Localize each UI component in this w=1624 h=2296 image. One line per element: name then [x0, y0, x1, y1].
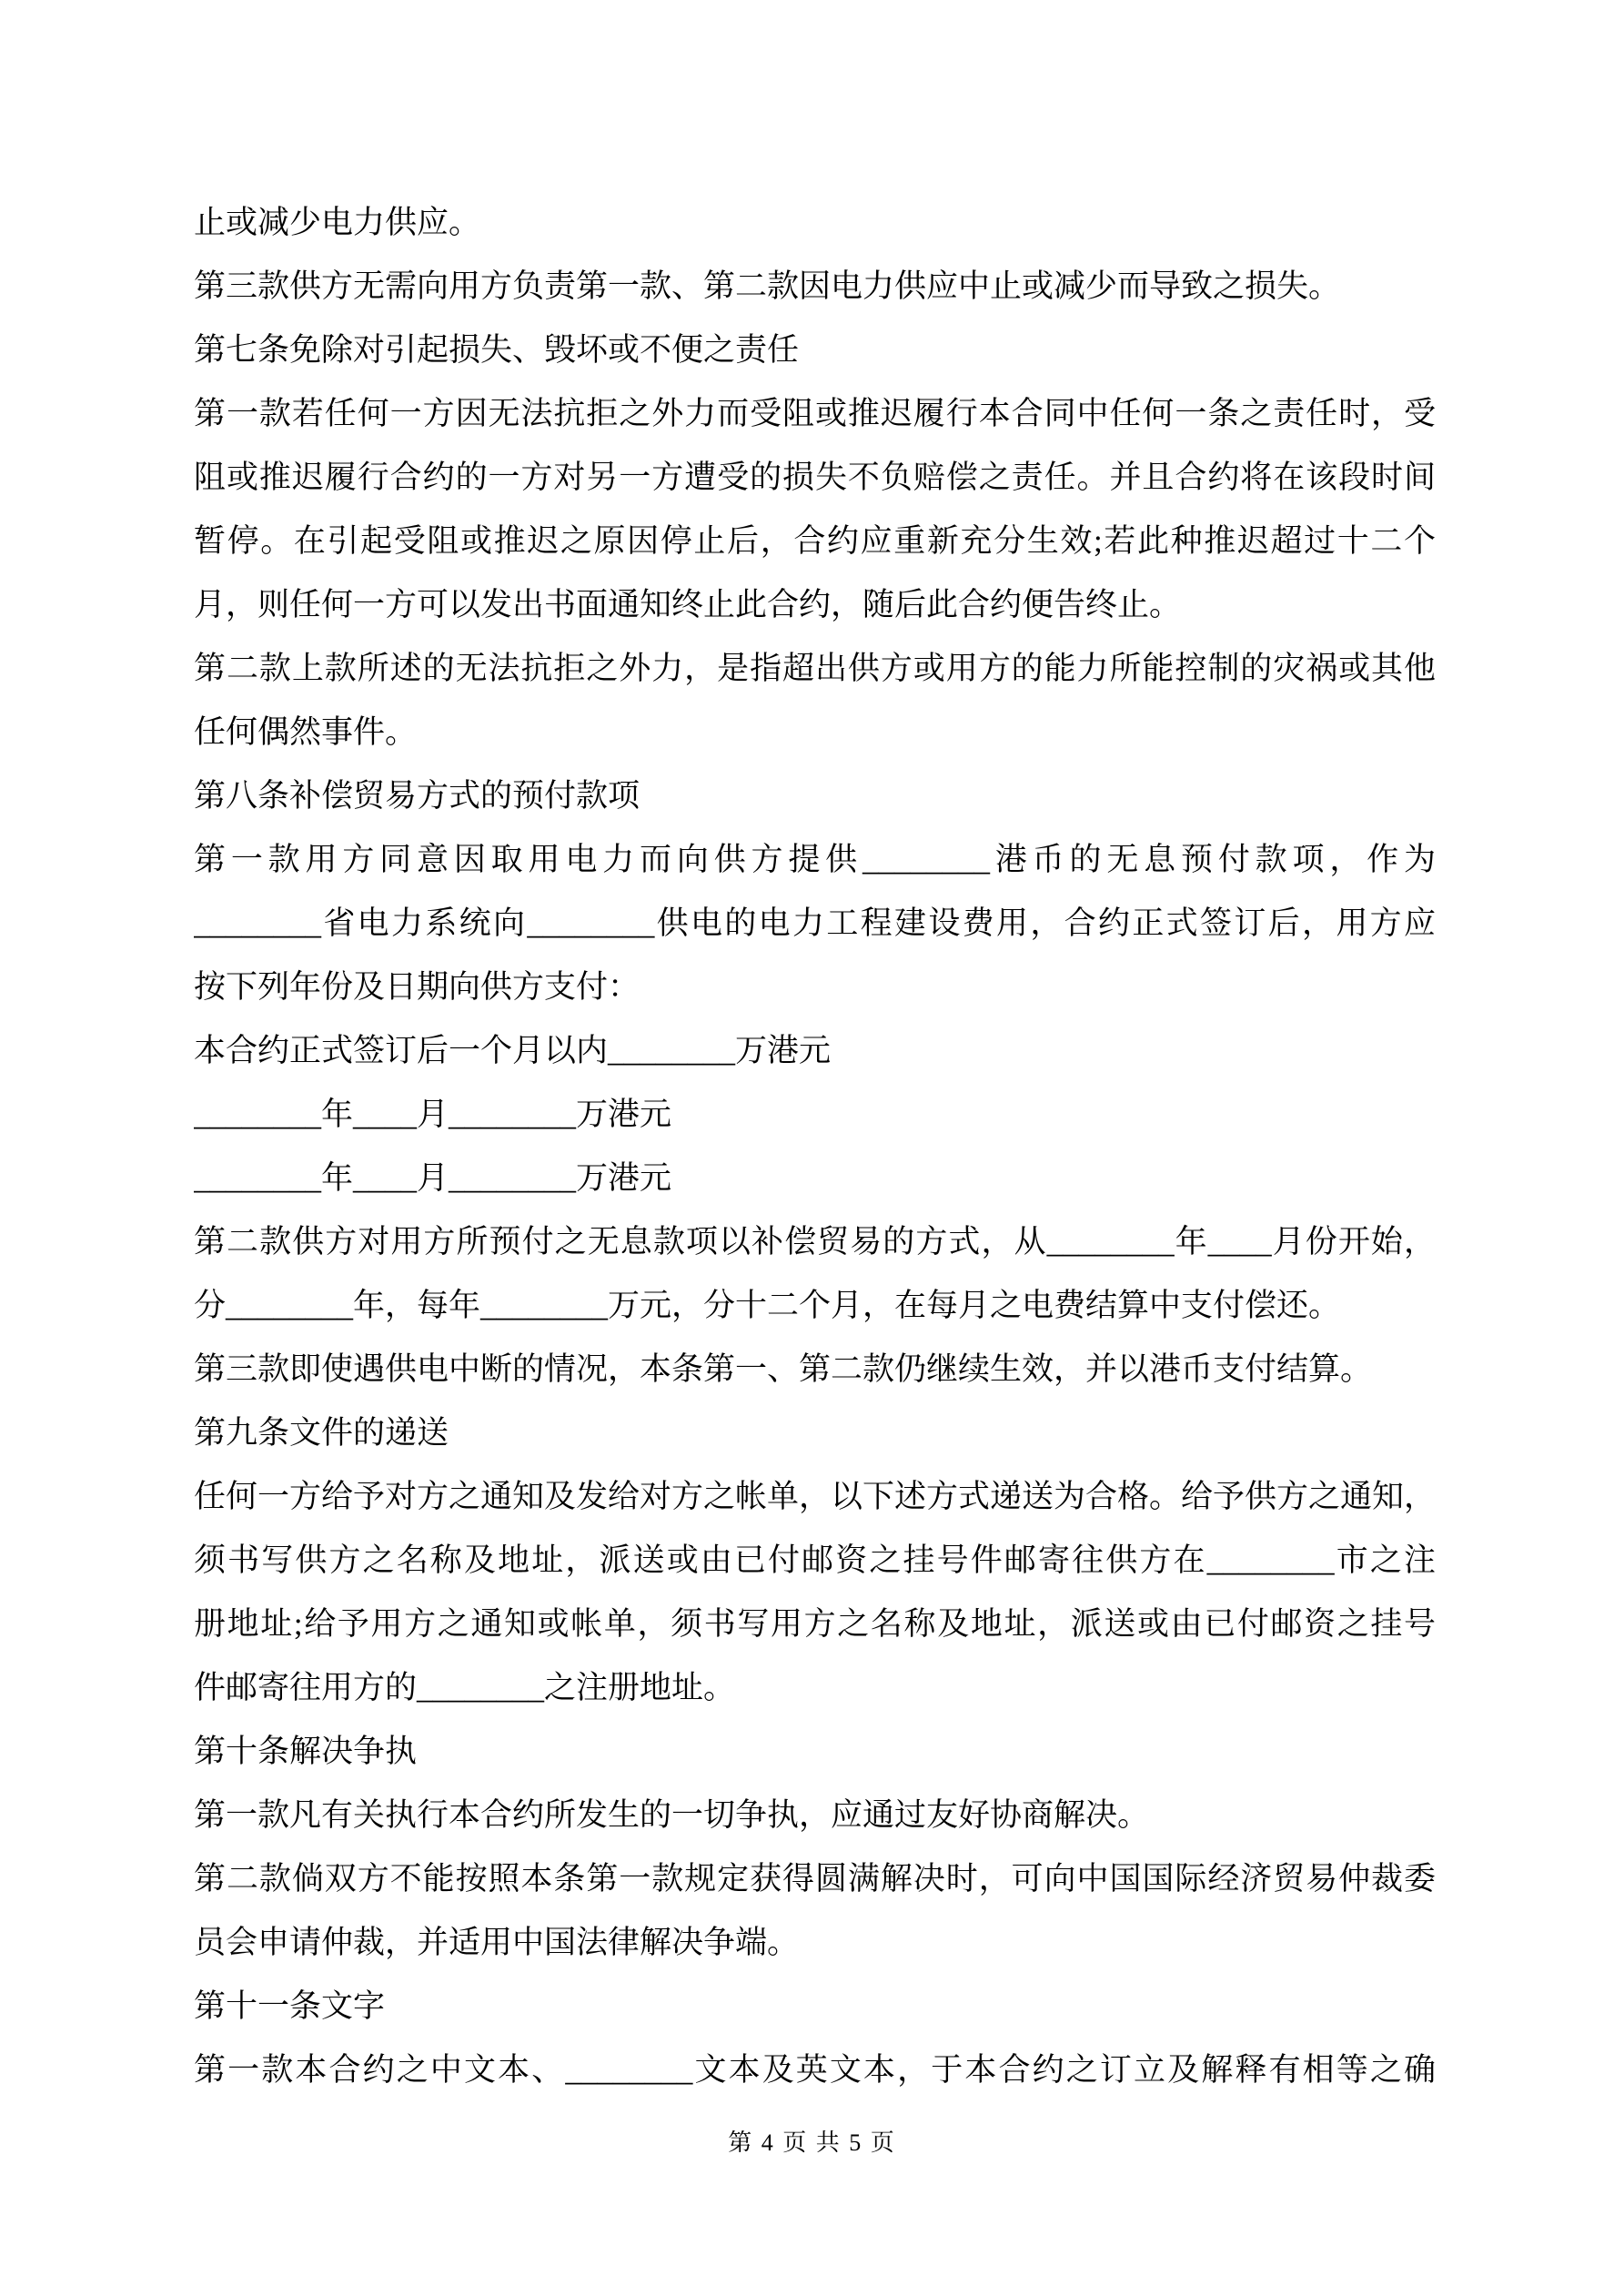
- paragraph: 第九条文件的递送: [194, 1401, 1436, 1465]
- text-line: 第三款供方无需向用方负责第一款、第二款因电力供应中止或减少而导致之损失。: [194, 255, 1436, 319]
- text-line: 第一款若任何一方因无法抗拒之外力而受阻或推迟履行本合同中任何一条之责任时，受: [194, 382, 1436, 446]
- text-line: 本合约正式签订后一个月以内________万港元: [194, 1019, 1436, 1083]
- text-line: 第二款供方对用方所预付之无息款项以补偿贸易的方式，从________年____月…: [194, 1210, 1436, 1274]
- text-line: 第十一条文字: [194, 1975, 1436, 2038]
- contract-body: 止或减少电力供应。第三款供方无需向用方负责第一款、第二款因电力供应中止或减少而导…: [194, 191, 1436, 2102]
- paragraph: 第三款供方无需向用方负责第一款、第二款因电力供应中止或减少而导致之损失。: [194, 255, 1436, 319]
- document-page: { "document": { "language": "zh", "parag…: [0, 0, 1624, 2296]
- paragraph: 第一款本合约之中文本、________文本及英文本，于本合约之订立及解释有相等之…: [194, 2038, 1436, 2102]
- paragraph: 止或减少电力供应。: [194, 191, 1436, 255]
- paragraph: 本合约正式签订后一个月以内________万港元: [194, 1019, 1436, 1083]
- paragraph: 第七条免除对引起损失、毁坏或不便之责任: [194, 319, 1436, 382]
- text-line: 第二款倘双方不能按照本条第一款规定获得圆满解决时，可向中国国际经济贸易仲裁委: [194, 1847, 1436, 1911]
- paragraph: ________年____月________万港元: [194, 1083, 1436, 1147]
- text-line: 第七条免除对引起损失、毁坏或不便之责任: [194, 319, 1436, 382]
- text-line: 任何偶然事件。: [194, 701, 1436, 764]
- paragraph: 第十一条文字: [194, 1975, 1436, 2038]
- text-line: 第二款上款所述的无法抗拒之外力，是指超出供方或用方的能力所能控制的灾祸或其他: [194, 637, 1436, 701]
- paragraph: 第二款供方对用方所预付之无息款项以补偿贸易的方式，从________年____月…: [194, 1210, 1436, 1338]
- text-line: 分________年，每年________万元，分十二个月，在每月之电费结算中支…: [194, 1274, 1436, 1338]
- text-line: 第三款即使遇供电中断的情况，本条第一、第二款仍继续生效，并以港币支付结算。: [194, 1338, 1436, 1401]
- text-line: 须书写供方之名称及地址，派送或由已付邮资之挂号件邮寄往供方在________市之…: [194, 1529, 1436, 1593]
- text-line: ________省电力系统向________供电的电力工程建设费用，合约正式签订…: [194, 892, 1436, 956]
- page-number: 第 4 页 共 5 页: [0, 2120, 1624, 2166]
- text-line: 件邮寄往用方的________之注册地址。: [194, 1656, 1436, 1720]
- text-line: 员会申请仲裁，并适用中国法律解决争端。: [194, 1911, 1436, 1975]
- paragraph: 第二款上款所述的无法抗拒之外力，是指超出供方或用方的能力所能控制的灾祸或其他任何…: [194, 637, 1436, 764]
- text-line: 阻或推迟履行合约的一方对另一方遭受的损失不负赔偿之责任。并且合约将在该段时间: [194, 446, 1436, 510]
- text-line: 暂停。在引起受阻或推迟之原因停止后，合约应重新充分生效;若此种推迟超过十二个: [194, 510, 1436, 573]
- text-line: 第一款本合约之中文本、________文本及英文本，于本合约之订立及解释有相等之…: [194, 2038, 1436, 2102]
- text-line: 第十条解决争执: [194, 1720, 1436, 1784]
- paragraph: 第一款若任何一方因无法抗拒之外力而受阻或推迟履行本合同中任何一条之责任时，受阻或…: [194, 382, 1436, 637]
- text-line: 第一款凡有关执行本合约所发生的一切争执，应通过友好协商解决。: [194, 1784, 1436, 1847]
- paragraph: 第十条解决争执: [194, 1720, 1436, 1784]
- paragraph: 第二款倘双方不能按照本条第一款规定获得圆满解决时，可向中国国际经济贸易仲裁委员会…: [194, 1847, 1436, 1975]
- text-line: ________年____月________万港元: [194, 1147, 1436, 1210]
- paragraph: 任何一方给予对方之通知及发给对方之帐单，以下述方式递送为合格。给予供方之通知，须…: [194, 1465, 1436, 1720]
- text-line: 止或减少电力供应。: [194, 191, 1436, 255]
- text-line: 按下列年份及日期向供方支付：: [194, 956, 1436, 1019]
- paragraph: ________年____月________万港元: [194, 1147, 1436, 1210]
- text-line: 册地址;给予用方之通知或帐单，须书写用方之名称及地址，派送或由已付邮资之挂号: [194, 1593, 1436, 1656]
- text-line: 第一款用方同意因取用电力而向供方提供________港币的无息预付款项，作为: [194, 828, 1436, 892]
- text-line: 第八条补偿贸易方式的预付款项: [194, 764, 1436, 828]
- text-line: 第九条文件的递送: [194, 1401, 1436, 1465]
- paragraph: 第八条补偿贸易方式的预付款项: [194, 764, 1436, 828]
- text-line: 月，则任何一方可以发出书面通知终止此合约，随后此合约便告终止。: [194, 573, 1436, 637]
- text-line: ________年____月________万港元: [194, 1083, 1436, 1147]
- text-line: 任何一方给予对方之通知及发给对方之帐单，以下述方式递送为合格。给予供方之通知，: [194, 1465, 1436, 1529]
- paragraph: 第一款凡有关执行本合约所发生的一切争执，应通过友好协商解决。: [194, 1784, 1436, 1847]
- paragraph: 第一款用方同意因取用电力而向供方提供________港币的无息预付款项，作为__…: [194, 828, 1436, 1019]
- paragraph: 第三款即使遇供电中断的情况，本条第一、第二款仍继续生效，并以港币支付结算。: [194, 1338, 1436, 1401]
